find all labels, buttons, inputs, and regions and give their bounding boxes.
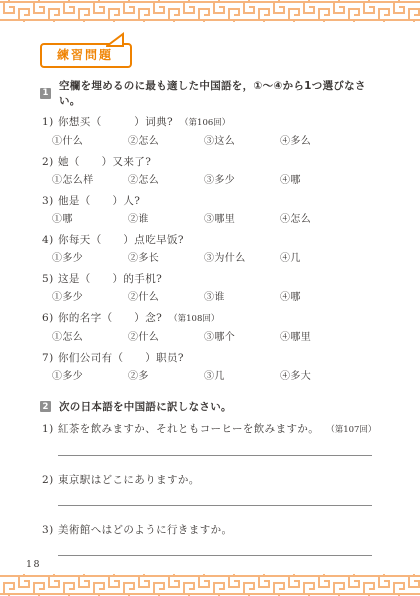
option-marker-icon: ② <box>128 292 138 303</box>
question: 6)你的名字（ ）念?（第108回）①怎么②什么③哪个④哪里 <box>40 312 380 344</box>
question-number: 4) <box>42 234 58 247</box>
options-row: ①多少②什么③谁④哪 <box>52 291 380 304</box>
answer-blank-line <box>58 505 372 506</box>
option-label: 这么 <box>214 136 235 147</box>
question-text: 你的名字（ ）念? <box>58 312 162 325</box>
option-4: ④多么 <box>280 135 380 148</box>
options-row: ①怎么样②怎么③多少④哪 <box>52 174 380 187</box>
option-label: 怎么 <box>138 136 159 147</box>
question-text: 这是（ ）的手机? <box>58 273 162 286</box>
question-text: 美術館へはどのように行きますか。 <box>58 524 232 537</box>
section-1: 1空欄を埋めるのに最も適した中国語を，①～④から1つ選びなさい。1)你想买（ ）… <box>40 78 380 383</box>
option-2: ②多长 <box>128 252 204 265</box>
option-marker-icon: ① <box>52 214 62 225</box>
question-number: 3) <box>42 524 58 537</box>
option-2: ②什么 <box>128 331 204 344</box>
question-number: 1) <box>42 423 58 436</box>
question: 1)你想买（ ）词典?（第106回）①什么②怎么③这么④多么 <box>40 116 380 148</box>
option-4: ④哪里 <box>280 331 380 344</box>
option-1: ①怎么 <box>52 331 128 344</box>
section-instruction: 空欄を埋めるのに最も適した中国語を，①～④から1つ選びなさい。 <box>59 78 380 108</box>
option-4: ④哪 <box>280 174 380 187</box>
exam-round-note: （第108回） <box>169 313 219 326</box>
option-3: ③谁 <box>204 291 280 304</box>
option-4: ④怎么 <box>280 213 380 226</box>
question: 2)她（ ）又来了?①怎么样②怎么③多少④哪 <box>40 156 380 187</box>
options-row: ①什么②怎么③这么④多么 <box>52 135 380 148</box>
question: 4)你每天（ ）点吃早饭?①多少②多长③为什么④几 <box>40 234 380 265</box>
option-label: 哪 <box>290 175 300 186</box>
option-label: 多少 <box>214 175 235 186</box>
option-marker-icon: ① <box>52 136 62 147</box>
section-2: 2次の日本語を中国語に訳しなさい。1)紅茶を飲みますか、それともコーヒーを飲みま… <box>40 399 380 556</box>
option-marker-icon: ② <box>128 332 138 343</box>
option-1: ①多少 <box>52 370 128 383</box>
section-number-badge: 1 <box>40 88 51 99</box>
question-number: 3) <box>42 195 58 208</box>
option-label: 几 <box>290 253 300 264</box>
question-text: 你们公司有（ ）职员? <box>58 352 184 365</box>
option-3: ③几 <box>204 370 280 383</box>
ornament-border-top-icon <box>0 0 420 22</box>
option-label: 谁 <box>138 214 148 225</box>
question-line: 4)你每天（ ）点吃早饭? <box>40 234 380 247</box>
option-1: ①什么 <box>52 135 128 148</box>
question-number: 1) <box>42 116 58 129</box>
option-3: ③为什么 <box>204 252 280 265</box>
option-label: 什么 <box>138 292 159 303</box>
question-number: 2) <box>42 156 58 169</box>
options-row: ①多少②多长③为什么④几 <box>52 252 380 265</box>
option-label: 怎么 <box>138 175 159 186</box>
option-marker-icon: ④ <box>280 175 290 186</box>
option-3: ③哪个 <box>204 331 280 344</box>
translation-question: 3)美術館へはどのように行きますか。 <box>40 524 380 556</box>
option-label: 谁 <box>214 292 224 303</box>
option-marker-icon: ① <box>52 175 62 186</box>
option-marker-icon: ③ <box>204 136 214 147</box>
options-row: ①多少②多③几④多大 <box>52 370 380 383</box>
question-text: 你想买（ ）词典? <box>58 116 173 129</box>
option-marker-icon: ③ <box>204 253 214 264</box>
option-marker-icon: ④ <box>280 136 290 147</box>
translation-question: 1)紅茶を飲みますか、それともコーヒーを飲みますか。（第107回） <box>40 423 380 456</box>
option-label: 什么 <box>138 332 159 343</box>
option-3: ③多少 <box>204 174 280 187</box>
option-marker-icon: ③ <box>204 371 214 382</box>
option-2: ②什么 <box>128 291 204 304</box>
option-label: 多大 <box>290 371 311 382</box>
options-row: ①怎么②什么③哪个④哪里 <box>52 331 380 344</box>
option-label: 怎么 <box>290 214 311 225</box>
question-line: 3)他是（ ）人? <box>40 195 380 208</box>
question-line: 6)你的名字（ ）念?（第108回） <box>40 312 380 326</box>
exam-round-note: （第106回） <box>180 117 230 130</box>
option-label: 怎么样 <box>62 175 93 186</box>
question-line: 7)你们公司有（ ）职员? <box>40 352 380 365</box>
option-label: 哪里 <box>214 214 235 225</box>
option-3: ③这么 <box>204 135 280 148</box>
option-marker-icon: ④ <box>280 371 290 382</box>
option-marker-icon: ① <box>52 371 62 382</box>
option-marker-icon: ④ <box>280 292 290 303</box>
answer-blank-line <box>58 555 372 556</box>
option-marker-icon: ④ <box>280 253 290 264</box>
question-line: 5)这是（ ）的手机? <box>40 273 380 286</box>
option-marker-icon: ① <box>52 292 62 303</box>
option-label: 多 <box>138 371 148 382</box>
option-1: ①怎么样 <box>52 174 128 187</box>
question-number: 6) <box>42 312 58 325</box>
option-marker-icon: ③ <box>204 214 214 225</box>
section-header: 2次の日本語を中国語に訳しなさい。 <box>40 399 380 414</box>
exam-round-note: （第107回） <box>326 424 376 437</box>
option-label: 哪里 <box>290 332 311 343</box>
question: 3)他是（ ）人?①哪②谁③哪里④怎么 <box>40 195 380 226</box>
practice-problems-badge: 練習問題 <box>40 43 132 68</box>
option-marker-icon: ① <box>52 253 62 264</box>
option-marker-icon: ② <box>128 253 138 264</box>
option-label: 多少 <box>62 253 83 264</box>
option-4: ④几 <box>280 252 380 265</box>
option-label: 几 <box>214 371 224 382</box>
option-label: 哪 <box>62 214 72 225</box>
page-number: 18 <box>26 559 41 570</box>
option-label: 为什么 <box>214 253 245 264</box>
section-instruction: 次の日本語を中国語に訳しなさい。 <box>59 399 232 414</box>
option-2: ②怎么 <box>128 135 204 148</box>
option-1: ①多少 <box>52 291 128 304</box>
question-text: 紅茶を飲みますか、それともコーヒーを飲みますか。 <box>58 423 319 436</box>
ornament-border-bottom-icon <box>0 574 420 596</box>
option-marker-icon: ② <box>128 371 138 382</box>
question-text: 東京駅はどこにありますか。 <box>58 474 200 487</box>
translation-line: 1)紅茶を飲みますか、それともコーヒーを飲みますか。（第107回） <box>40 423 380 437</box>
option-label: 什么 <box>62 136 83 147</box>
page-content: 練習問題 1空欄を埋めるのに最も適した中国語を，①～④から1つ選びなさい。1)你… <box>40 22 380 556</box>
question-text: 她（ ）又来了? <box>58 156 151 169</box>
option-2: ②多 <box>128 370 204 383</box>
question-line: 1)你想买（ ）词典?（第106回） <box>40 116 380 130</box>
option-marker-icon: ② <box>128 214 138 225</box>
question-number: 7) <box>42 352 58 365</box>
option-1: ①多少 <box>52 252 128 265</box>
question-number: 5) <box>42 273 58 286</box>
question-number: 2) <box>42 474 58 487</box>
question-text: 他是（ ）人? <box>58 195 140 208</box>
option-4: ④哪 <box>280 291 380 304</box>
answer-blank-line <box>58 455 372 456</box>
option-marker-icon: ① <box>52 332 62 343</box>
section-number-badge: 2 <box>40 401 51 412</box>
translation-line: 2)東京駅はどこにありますか。 <box>40 474 380 487</box>
option-marker-icon: ③ <box>204 175 214 186</box>
practice-problems-label: 練習問題 <box>57 48 113 62</box>
option-marker-icon: ③ <box>204 332 214 343</box>
question: 5)这是（ ）的手机?①多少②什么③谁④哪 <box>40 273 380 304</box>
translation-question: 2)東京駅はどこにありますか。 <box>40 474 380 506</box>
question: 7)你们公司有（ ）职员?①多少②多③几④多大 <box>40 352 380 383</box>
option-2: ②谁 <box>128 213 204 226</box>
option-4: ④多大 <box>280 370 380 383</box>
option-marker-icon: ③ <box>204 292 214 303</box>
option-label: 哪个 <box>214 332 235 343</box>
option-label: 多少 <box>62 371 83 382</box>
option-label: 多少 <box>62 292 83 303</box>
option-marker-icon: ④ <box>280 332 290 343</box>
option-marker-icon: ② <box>128 175 138 186</box>
option-label: 多长 <box>138 253 159 264</box>
option-3: ③哪里 <box>204 213 280 226</box>
option-label: 怎么 <box>62 332 83 343</box>
question-line: 2)她（ ）又来了? <box>40 156 380 169</box>
options-row: ①哪②谁③哪里④怎么 <box>52 213 380 226</box>
section-header: 1空欄を埋めるのに最も適した中国語を，①～④から1つ選びなさい。 <box>40 78 380 108</box>
option-marker-icon: ④ <box>280 214 290 225</box>
translation-line: 3)美術館へはどのように行きますか。 <box>40 524 380 537</box>
folded-corner-icon <box>106 32 124 48</box>
option-2: ②怎么 <box>128 174 204 187</box>
sections-container: 1空欄を埋めるのに最も適した中国語を，①～④から1つ選びなさい。1)你想买（ ）… <box>40 78 380 556</box>
option-label: 哪 <box>290 292 300 303</box>
option-1: ①哪 <box>52 213 128 226</box>
option-marker-icon: ② <box>128 136 138 147</box>
question-text: 你每天（ ）点吃早饭? <box>58 234 184 247</box>
option-label: 多么 <box>290 136 311 147</box>
